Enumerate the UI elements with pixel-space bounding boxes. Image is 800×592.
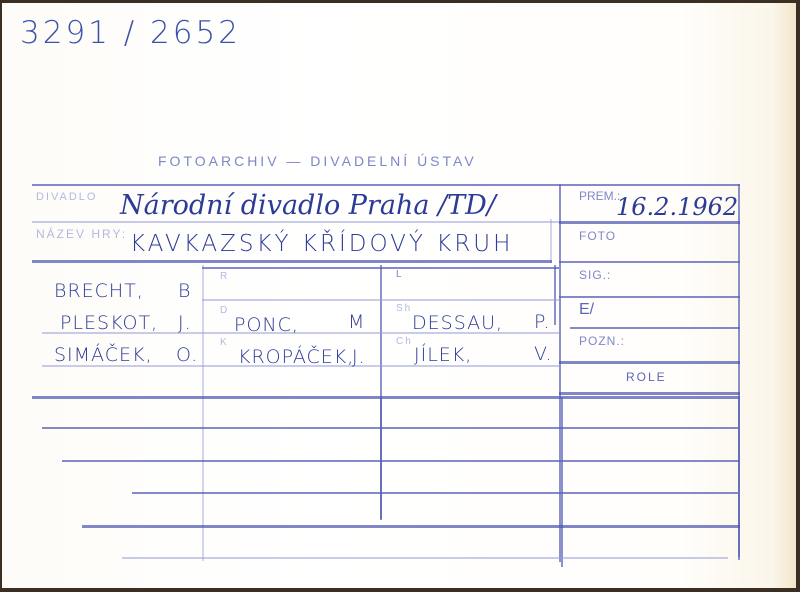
- author-2-surname: PLESKOT,: [60, 312, 158, 334]
- frame-top-line: [32, 184, 740, 186]
- col-divider-1: [202, 265, 204, 561]
- archive-header: FOTOARCHIV — DIVADELNÍ ÚSTAV: [158, 153, 477, 169]
- col3-label-3: Ch: [396, 336, 413, 347]
- col-divider-3-top: [554, 265, 556, 325]
- col3-label-2: Sh: [396, 303, 412, 314]
- col3-entry-3-surname: JÍLEK,: [414, 344, 472, 366]
- premiera-value: 16.2.1962: [616, 193, 738, 221]
- credits-row-line-1: [202, 299, 559, 301]
- col3-entry-2-surname: DESSAU,: [412, 312, 503, 334]
- role-header: ROLE: [626, 370, 667, 384]
- author-3-initial: O.: [176, 344, 198, 366]
- col3-entry-3-initial: V.: [534, 343, 553, 365]
- foto-row-line: [559, 261, 740, 263]
- catalog-number: 3291 / 2652: [20, 15, 241, 51]
- divadlo-label: DIVADLO: [36, 191, 97, 203]
- title-row-edge: [550, 219, 552, 263]
- col2-label-2: D: [220, 305, 229, 316]
- e-label: E/: [579, 301, 594, 319]
- lower-col-divider-3: [561, 397, 563, 567]
- e-row-line: [570, 327, 740, 329]
- title-row-line: [32, 260, 552, 263]
- lower-col-divider-2: [380, 397, 382, 520]
- role-header-line: [559, 392, 740, 395]
- sig-label: SIG.:: [579, 268, 611, 282]
- author-2-initial: J.: [178, 312, 192, 334]
- sig-row-line: [559, 296, 740, 298]
- col2-label-3: K: [220, 337, 229, 348]
- archive-card: 3291 / 2652 FOTOARCHIV — DIVADELNÍ ÚSTAV…: [2, 3, 796, 588]
- pozn-label: POZN.:: [579, 334, 625, 348]
- prem-row-line: [559, 221, 740, 224]
- foto-label: FOTO: [579, 229, 616, 243]
- col3-entry-2-initial: P.: [534, 311, 551, 333]
- col2-entry-3-surname: KROPÁČEK,: [238, 346, 354, 368]
- col2-entry-3-initial: J.: [352, 346, 366, 368]
- credits-row-line-4: [32, 396, 740, 399]
- grid-line-1: [42, 427, 738, 429]
- col3-label-1: L: [396, 269, 404, 280]
- col2-entry-2-initial: M: [348, 311, 365, 333]
- grid-line-3: [132, 492, 738, 494]
- lower-right-edge: [738, 397, 740, 557]
- premiera-label: PREM.:: [579, 189, 620, 203]
- author-1-surname: BRECHT,: [54, 280, 144, 302]
- nazev-hry-label: NÁZEV HRY:: [36, 227, 127, 241]
- divadlo-row-line: [32, 221, 559, 223]
- credits-top-line: [202, 267, 559, 269]
- grid-line-2: [62, 460, 740, 462]
- grid-line-4: [82, 525, 740, 528]
- col2-entry-2-surname: PONC,: [234, 314, 299, 336]
- grid-bottom-line: [122, 557, 728, 559]
- col2-label-1: R: [220, 271, 229, 282]
- author-1-initial: B: [178, 280, 191, 302]
- pozn-row-line: [559, 361, 740, 364]
- nazev-hry-value: KAVKAZSKÝ KŘÍDOVÝ KRUH: [130, 231, 513, 257]
- divadlo-value: Národní divadlo Praha /TD/: [120, 190, 496, 221]
- author-3-surname: SIMÁČEK,: [54, 344, 153, 366]
